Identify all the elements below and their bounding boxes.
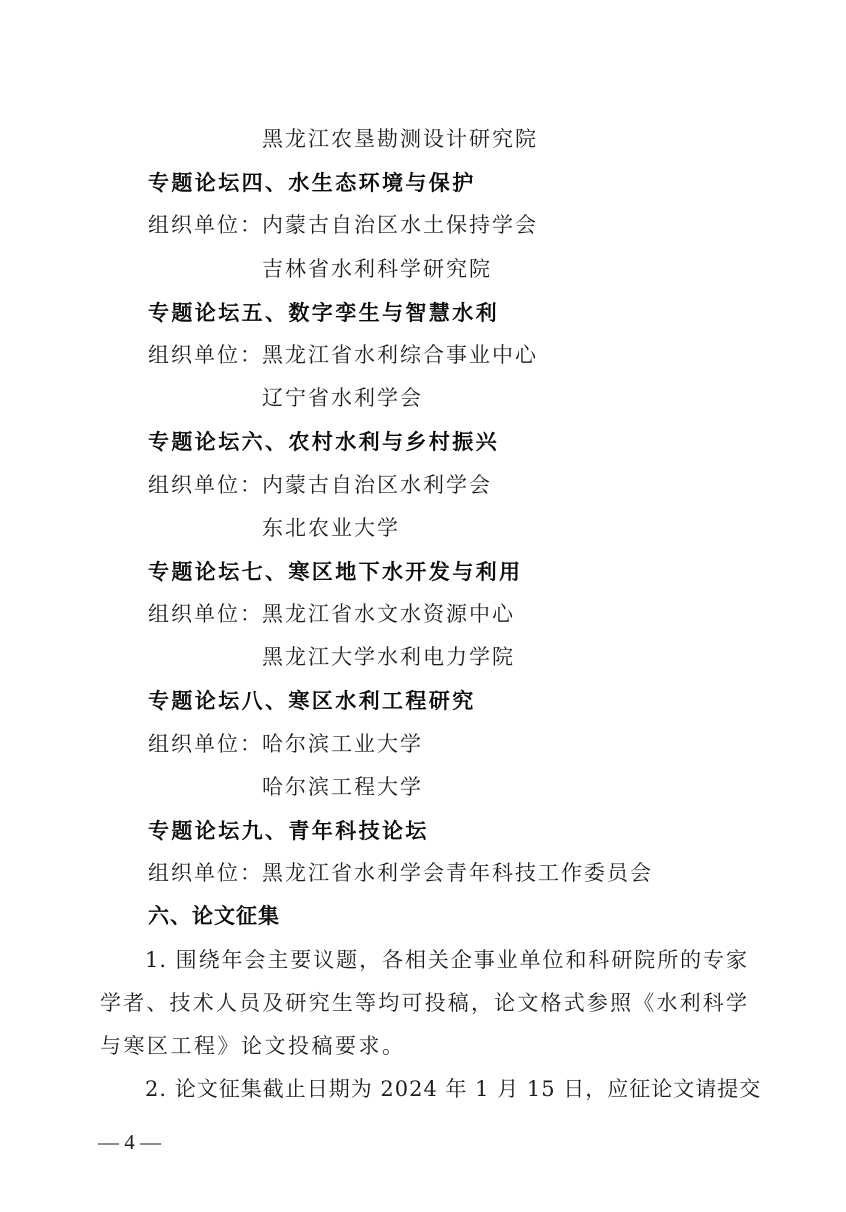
org-name: 内蒙古自治区水土保持学会 (262, 213, 538, 237)
forum-title: 专题论坛七、寒区地下水开发与利用 (0, 550, 846, 593)
org-name: 哈尔滨工业大学 (262, 732, 423, 756)
paragraph: 2. 论文征集截止日期为 2024 年 1 月 15 日，应征论文请提交 (0, 1068, 846, 1111)
page-number: — 4 — (98, 1128, 161, 1156)
forum-title: 专题论坛九、青年科技论坛 (0, 809, 846, 852)
org-label: 组织单位： (148, 723, 262, 766)
org-name: 东北农业大学 (0, 507, 846, 550)
section-heading: 六、论文征集 (0, 895, 846, 938)
document-page: 黑龙江农垦勘测设计研究院 专题论坛四、水生态环境与保护 组织单位：内蒙古自治区水… (0, 118, 846, 1111)
org-name: 黑龙江省水利学会青年科技工作委员会 (262, 861, 653, 885)
org-continuation: 黑龙江农垦勘测设计研究院 (0, 118, 846, 161)
forum-block: 专题论坛五、数字孪生与智慧水利 组织单位：黑龙江省水利综合事业中心 辽宁省水利学… (0, 291, 846, 421)
org-label: 组织单位： (148, 334, 262, 377)
forum-block: 专题论坛九、青年科技论坛 组织单位：黑龙江省水利学会青年科技工作委员会 (0, 809, 846, 895)
forum-block: 专题论坛六、农村水利与乡村振兴 组织单位：内蒙古自治区水利学会 东北农业大学 (0, 420, 846, 550)
org-name: 辽宁省水利学会 (0, 377, 846, 420)
paragraph: 1. 围绕年会主要议题，各相关企事业单位和科研院所的专家 学者、技术人员及研究生… (0, 939, 846, 1069)
org-name: 哈尔滨工程大学 (0, 766, 846, 809)
forum-org-line: 组织单位：内蒙古自治区水利学会 (0, 464, 846, 507)
org-label: 组织单位： (148, 593, 262, 636)
org-name: 黑龙江省水利综合事业中心 (262, 343, 538, 367)
forum-title: 专题论坛八、寒区水利工程研究 (0, 679, 846, 722)
forum-org-line: 组织单位：黑龙江省水利综合事业中心 (0, 334, 846, 377)
org-label: 组织单位： (148, 852, 262, 895)
org-name: 吉林省水利科学研究院 (0, 248, 846, 291)
paragraph-line: 与寒区工程》论文投稿要求。 (100, 1025, 748, 1068)
forum-block: 专题论坛八、寒区水利工程研究 组织单位：哈尔滨工业大学 哈尔滨工程大学 (0, 679, 846, 809)
forum-title: 专题论坛六、农村水利与乡村振兴 (0, 420, 846, 463)
forum-org-line: 组织单位：黑龙江省水利学会青年科技工作委员会 (0, 852, 846, 895)
org-name: 黑龙江大学水利电力学院 (0, 636, 846, 679)
paragraph-line: 学者、技术人员及研究生等均可投稿，论文格式参照《水利科学 (100, 982, 748, 1025)
forum-org-line: 组织单位：哈尔滨工业大学 (0, 723, 846, 766)
forum-block: 专题论坛七、寒区地下水开发与利用 组织单位：黑龙江省水文水资源中心 黑龙江大学水… (0, 550, 846, 680)
forum-block: 专题论坛四、水生态环境与保护 组织单位：内蒙古自治区水土保持学会 吉林省水利科学… (0, 161, 846, 291)
org-label: 组织单位： (148, 204, 262, 247)
forum-title: 专题论坛五、数字孪生与智慧水利 (0, 291, 846, 334)
paragraph-line: 2. 论文征集截止日期为 2024 年 1 月 15 日，应征论文请提交 (145, 1068, 748, 1111)
paragraph-line: 1. 围绕年会主要议题，各相关企事业单位和科研院所的专家 (145, 939, 748, 982)
org-name: 黑龙江省水文水资源中心 (262, 602, 515, 626)
org-name: 内蒙古自治区水利学会 (262, 473, 492, 497)
forum-org-line: 组织单位：黑龙江省水文水资源中心 (0, 593, 846, 636)
org-label: 组织单位： (148, 464, 262, 507)
forum-title: 专题论坛四、水生态环境与保护 (0, 161, 846, 204)
forum-org-line: 组织单位：内蒙古自治区水土保持学会 (0, 204, 846, 247)
